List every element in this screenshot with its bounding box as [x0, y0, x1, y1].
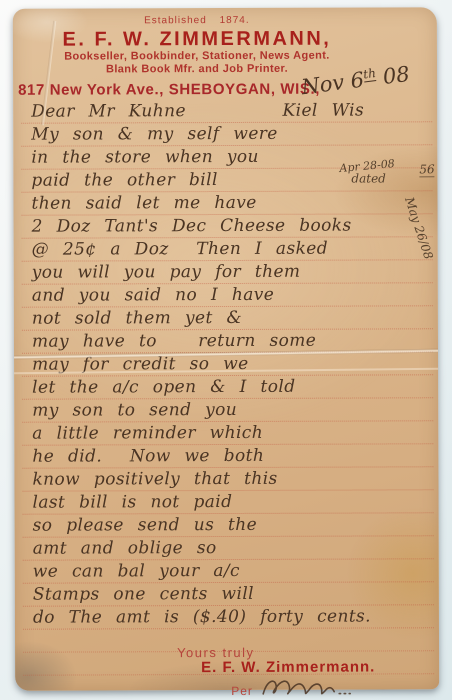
established-line: Established 1874. [0, 14, 409, 26]
handwritten-line: then said let me have [21, 191, 432, 215]
handwritten-line: so please send us the [23, 513, 434, 537]
address-row: 817 New York Ave., SHEBOYGAN, WIS., Nov … [13, 78, 437, 101]
handwritten-line: Dear Mr Kuhne Kiel Wis [21, 99, 432, 123]
margin-note-amount: 56 [419, 162, 434, 177]
letterhead: Established 1874. E. F. W. ZIMMERMANN, B… [13, 7, 437, 101]
handwritten-line: Stamps one cents will [23, 582, 434, 606]
handwritten-line: 2 Doz Tant's Dec Cheese books [22, 214, 433, 238]
postcard-scan: Established 1874. E. F. W. ZIMMERMANN, B… [13, 7, 439, 690]
printed-signature-name: E. F. W. Zimmermann. [201, 658, 375, 676]
letter-body: Dear Mr Kuhne Kiel Wis My son & my self … [21, 99, 434, 675]
handwritten-line: know positively that this [22, 467, 433, 491]
handwritten-line: you will you pay for them [22, 260, 433, 284]
handwritten-line: my son to send you [22, 398, 433, 422]
handwritten-line: last bill is not paid [22, 490, 433, 514]
handwritten-line: My son & my self were [21, 122, 432, 146]
handwritten-line: do The amt is ($.40) forty cents. [23, 605, 434, 629]
handwritten-line: he did. Now we both [22, 444, 433, 468]
handwritten-line: @ 25¢ a Doz Then I asked [22, 237, 433, 261]
handwritten-line: not sold them yet & [22, 306, 433, 330]
handwritten-line: may for credit so we [22, 352, 433, 376]
handwritten-signature-icon [259, 676, 351, 700]
per-label: Per [231, 684, 253, 698]
handwritten-line: amt and oblige so [23, 536, 434, 560]
handwritten-line: we can bal your a/c [23, 559, 434, 583]
date-year: 08 [375, 62, 411, 90]
handwritten-line: and you said no I have [22, 283, 433, 307]
handwritten-line: let the a/c open & I told [22, 375, 433, 399]
closing-yours-truly: Yours truly [177, 645, 254, 660]
handwritten-line: may have to return some [22, 329, 433, 353]
margin-note-bill-word: dated [351, 171, 386, 185]
street-address: 817 New York Ave., SHEBOYGAN, WIS., [18, 81, 320, 99]
handwritten-line: a little reminder which [22, 421, 433, 445]
per-signature-row: Per [231, 676, 351, 698]
company-name: E. F. W. ZIMMERMANN, [0, 27, 409, 50]
